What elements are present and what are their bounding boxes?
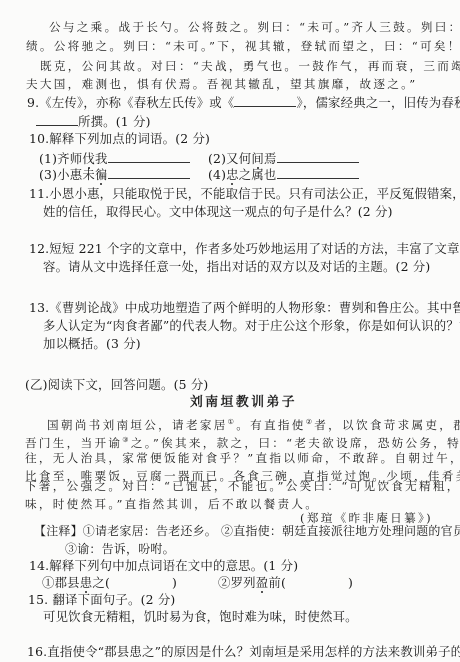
q10-item-1-post: 我	[95, 151, 108, 166]
q10-item-1-dotted-char: 伐	[82, 151, 95, 166]
question-13-line-1: 13.《曹刿论战》中成功地塑造了两个鲜明的人物形象：曹刿和鲁庄公。其中鲁庄公被很	[29, 300, 460, 316]
question-15-sentence: 可见饮食无精粗，饥时易为食，饱时难为味，时使然耳。	[43, 609, 358, 625]
q10-item-3-dotted-char: 徧	[95, 167, 108, 182]
question-9: 9.《左传》，亦称《春秋左氏传》或《》，儒家经典之一，旧传为春秋末年鲁国史官	[27, 94, 460, 111]
q10-item-1: (1)齐师伐我	[39, 150, 190, 167]
q14-item-1-pre: ①郡县	[42, 575, 80, 590]
q9-blank-1[interactable]	[234, 94, 296, 107]
q10-item-3: (3)小惠未徧	[39, 166, 190, 183]
passage-a-line-4: 夫大国，难测也，惧有伏焉。吾视其辙乱，望其旗靡，故逐之。”	[26, 76, 417, 92]
q10-item-2-post: 焉	[264, 151, 277, 166]
q14-item-2-dotted-char: 盈	[256, 575, 269, 590]
q10-item-4-answer-blank[interactable]	[277, 166, 359, 179]
q10-item-3-pre: (3)小惠未	[39, 167, 95, 182]
question-11-line-2: 姓的信任，取得民心。文中体现这一观点的句子是什么？(2 分)	[43, 204, 393, 220]
q14-item-2-post: 前(	[268, 575, 286, 590]
passage-a-line-1: 公与之乘。战于长勺。公将鼓之。刿曰：“未可。”齐人三鼓。刿曰：“可矣！”齐师败	[49, 19, 460, 35]
q10-item-4-dotted-char: 忠	[226, 167, 239, 182]
q11-answer-space[interactable]	[29, 222, 439, 240]
part-b-title: 刘南垣教训弟子	[190, 395, 297, 411]
question-12-line-2: 容。请从文中选择任意一处，指出对话的双方以及对话的主题。(2 分)	[43, 259, 430, 275]
q14-item-1: ①郡县患之()	[42, 575, 177, 591]
q9-text-c: 所撰。(1 分)	[78, 114, 151, 129]
notes-line-1: 【注释】①请老家居：告老还乡。 ②直指使：朝廷直接派往地方处理问题的官员。	[34, 523, 460, 539]
q14-item-2: ②罗列盈前()	[218, 575, 353, 591]
part-b-line-1-a: 国朝尚书刘南垣公，请老家居	[47, 418, 228, 432]
exam-page: 公与之乘。战于长勺。公将鼓之。刿曰：“未可。”齐人三鼓。刿曰：“可矣！”齐师败 …	[0, 0, 460, 662]
q10-item-2-answer-blank[interactable]	[277, 150, 359, 163]
question-15-stem: 15. 翻译下面句子。(2 分)	[28, 592, 175, 608]
note-ref-2: ②	[306, 418, 315, 426]
question-10-stem: 10.解释下列加点的词语。(2 分)	[29, 131, 210, 147]
q9-text-a: 9.《左传》，亦称《春秋左氏传》或《	[27, 95, 234, 110]
q14-item-2-pre: ②罗列	[218, 575, 256, 590]
q14-item-2-close: )	[348, 575, 353, 590]
part-b-line-2: 吾门生，当开谕③之。”俟其来，款之，曰：“老夫欲设席，恐妨公务，特留此一饭。但老…	[25, 432, 460, 451]
q10-item-2-dotted-char: 间	[251, 151, 264, 166]
part-b-line-1: 国朝尚书刘南垣公，请老家居①。有直指使②者，以饮食苛求属吏，郡县患之。公曰：“此	[47, 414, 460, 433]
question-12-line-1: 12.短短 221 个字的文章中，作者多处巧妙地运用了对话的方法，丰富了文章的思…	[29, 241, 460, 257]
part-b-line-3: 往，无人治具，家常便饭能对食乎？”直指以师命，不敢辞。自朝过午，饭尚未出，直指饥…	[25, 450, 460, 466]
notes-line-2: ③谕：告诉，吩咐。	[65, 541, 175, 557]
question-13-line-2: 多人认定为“肉食者鄙”的代表人物。对于庄公这个形象，你是如何认识的？请简要	[43, 318, 460, 334]
note-ref-1: ①	[228, 418, 237, 426]
part-b-heading: (乙)阅读下文，回答问题。(5 分)	[25, 377, 208, 393]
q10-item-2-pre: (2)又何	[208, 151, 251, 166]
part-b-line-1-c: 者，以饮食苛求属吏，郡县患之。公曰：“此	[314, 418, 460, 432]
part-b-line-1-b: 。有直指使	[236, 418, 305, 432]
q10-item-3-answer-blank[interactable]	[108, 166, 190, 179]
question-9-line-2: 所撰。(1 分)	[36, 113, 151, 130]
q10-item-1-answer-blank[interactable]	[108, 150, 190, 163]
q15-answer-space[interactable]	[29, 626, 439, 646]
q13-answer-space[interactable]	[29, 354, 439, 374]
q14-item-1-close: )	[172, 575, 177, 590]
part-b-line-2-b: 之。”俟其来，款之，曰：“老夫欲设席，恐妨公务，特留此一饭。但老妻他	[131, 436, 460, 450]
part-b-line-6: 味，时使然耳。”直指然其训，后不敢以餐责人。	[25, 496, 319, 512]
q9-blank-2[interactable]	[36, 113, 78, 126]
q10-item-1-pre: (1)齐师	[39, 151, 82, 166]
passage-a-line-2: 绩。公将驰之。刿曰：“未可。”下，视其辙，登轼而望之，曰：“可矣！”遂逐齐师。	[26, 38, 460, 54]
question-14-stem: 14.解释下列句中加点词语在文中的意思。(1 分)	[29, 558, 298, 574]
passage-a-line-3: 既克，公问其故。对曰：“夫战，勇气也。一鼓作气，再而衰，三而竭。彼竭我盈，故克之…	[40, 58, 460, 74]
q10-item-2: (2)又何间焉	[208, 150, 359, 167]
part-b-line-5: 下箸，公强之。对曰：“已饱甚，不能也。”公笑曰：“可见饮食无精粗，饥时易为食，饱…	[25, 478, 460, 494]
note-ref-3: ③	[122, 436, 131, 444]
q10-item-4-post: 之属也	[239, 167, 277, 182]
q9-text-b: 》，儒家经典之一，旧传为春秋末年鲁国史官	[296, 95, 460, 110]
question-16-line-1: 16.直指使令“郡县患之”的原因是什么？刘南垣是采用怎样的方法来教训弟子的？(不…	[27, 644, 460, 660]
question-13-line-3: 加以概括。(3 分)	[43, 336, 141, 352]
q14-item-1-post: 之(	[92, 575, 110, 590]
q14-item-1-dotted-char: 患	[80, 575, 93, 590]
question-11-line-1: 11.小恩小惠，只能取悦于民，不能取信于民。只有司法公正，平反冤假错案，才能取得…	[29, 186, 460, 202]
q10-item-4: (4)忠之属也	[208, 166, 359, 183]
part-b-line-2-a: 吾门生，当开谕	[25, 436, 122, 450]
q10-item-4-pre: (4)	[208, 167, 226, 182]
